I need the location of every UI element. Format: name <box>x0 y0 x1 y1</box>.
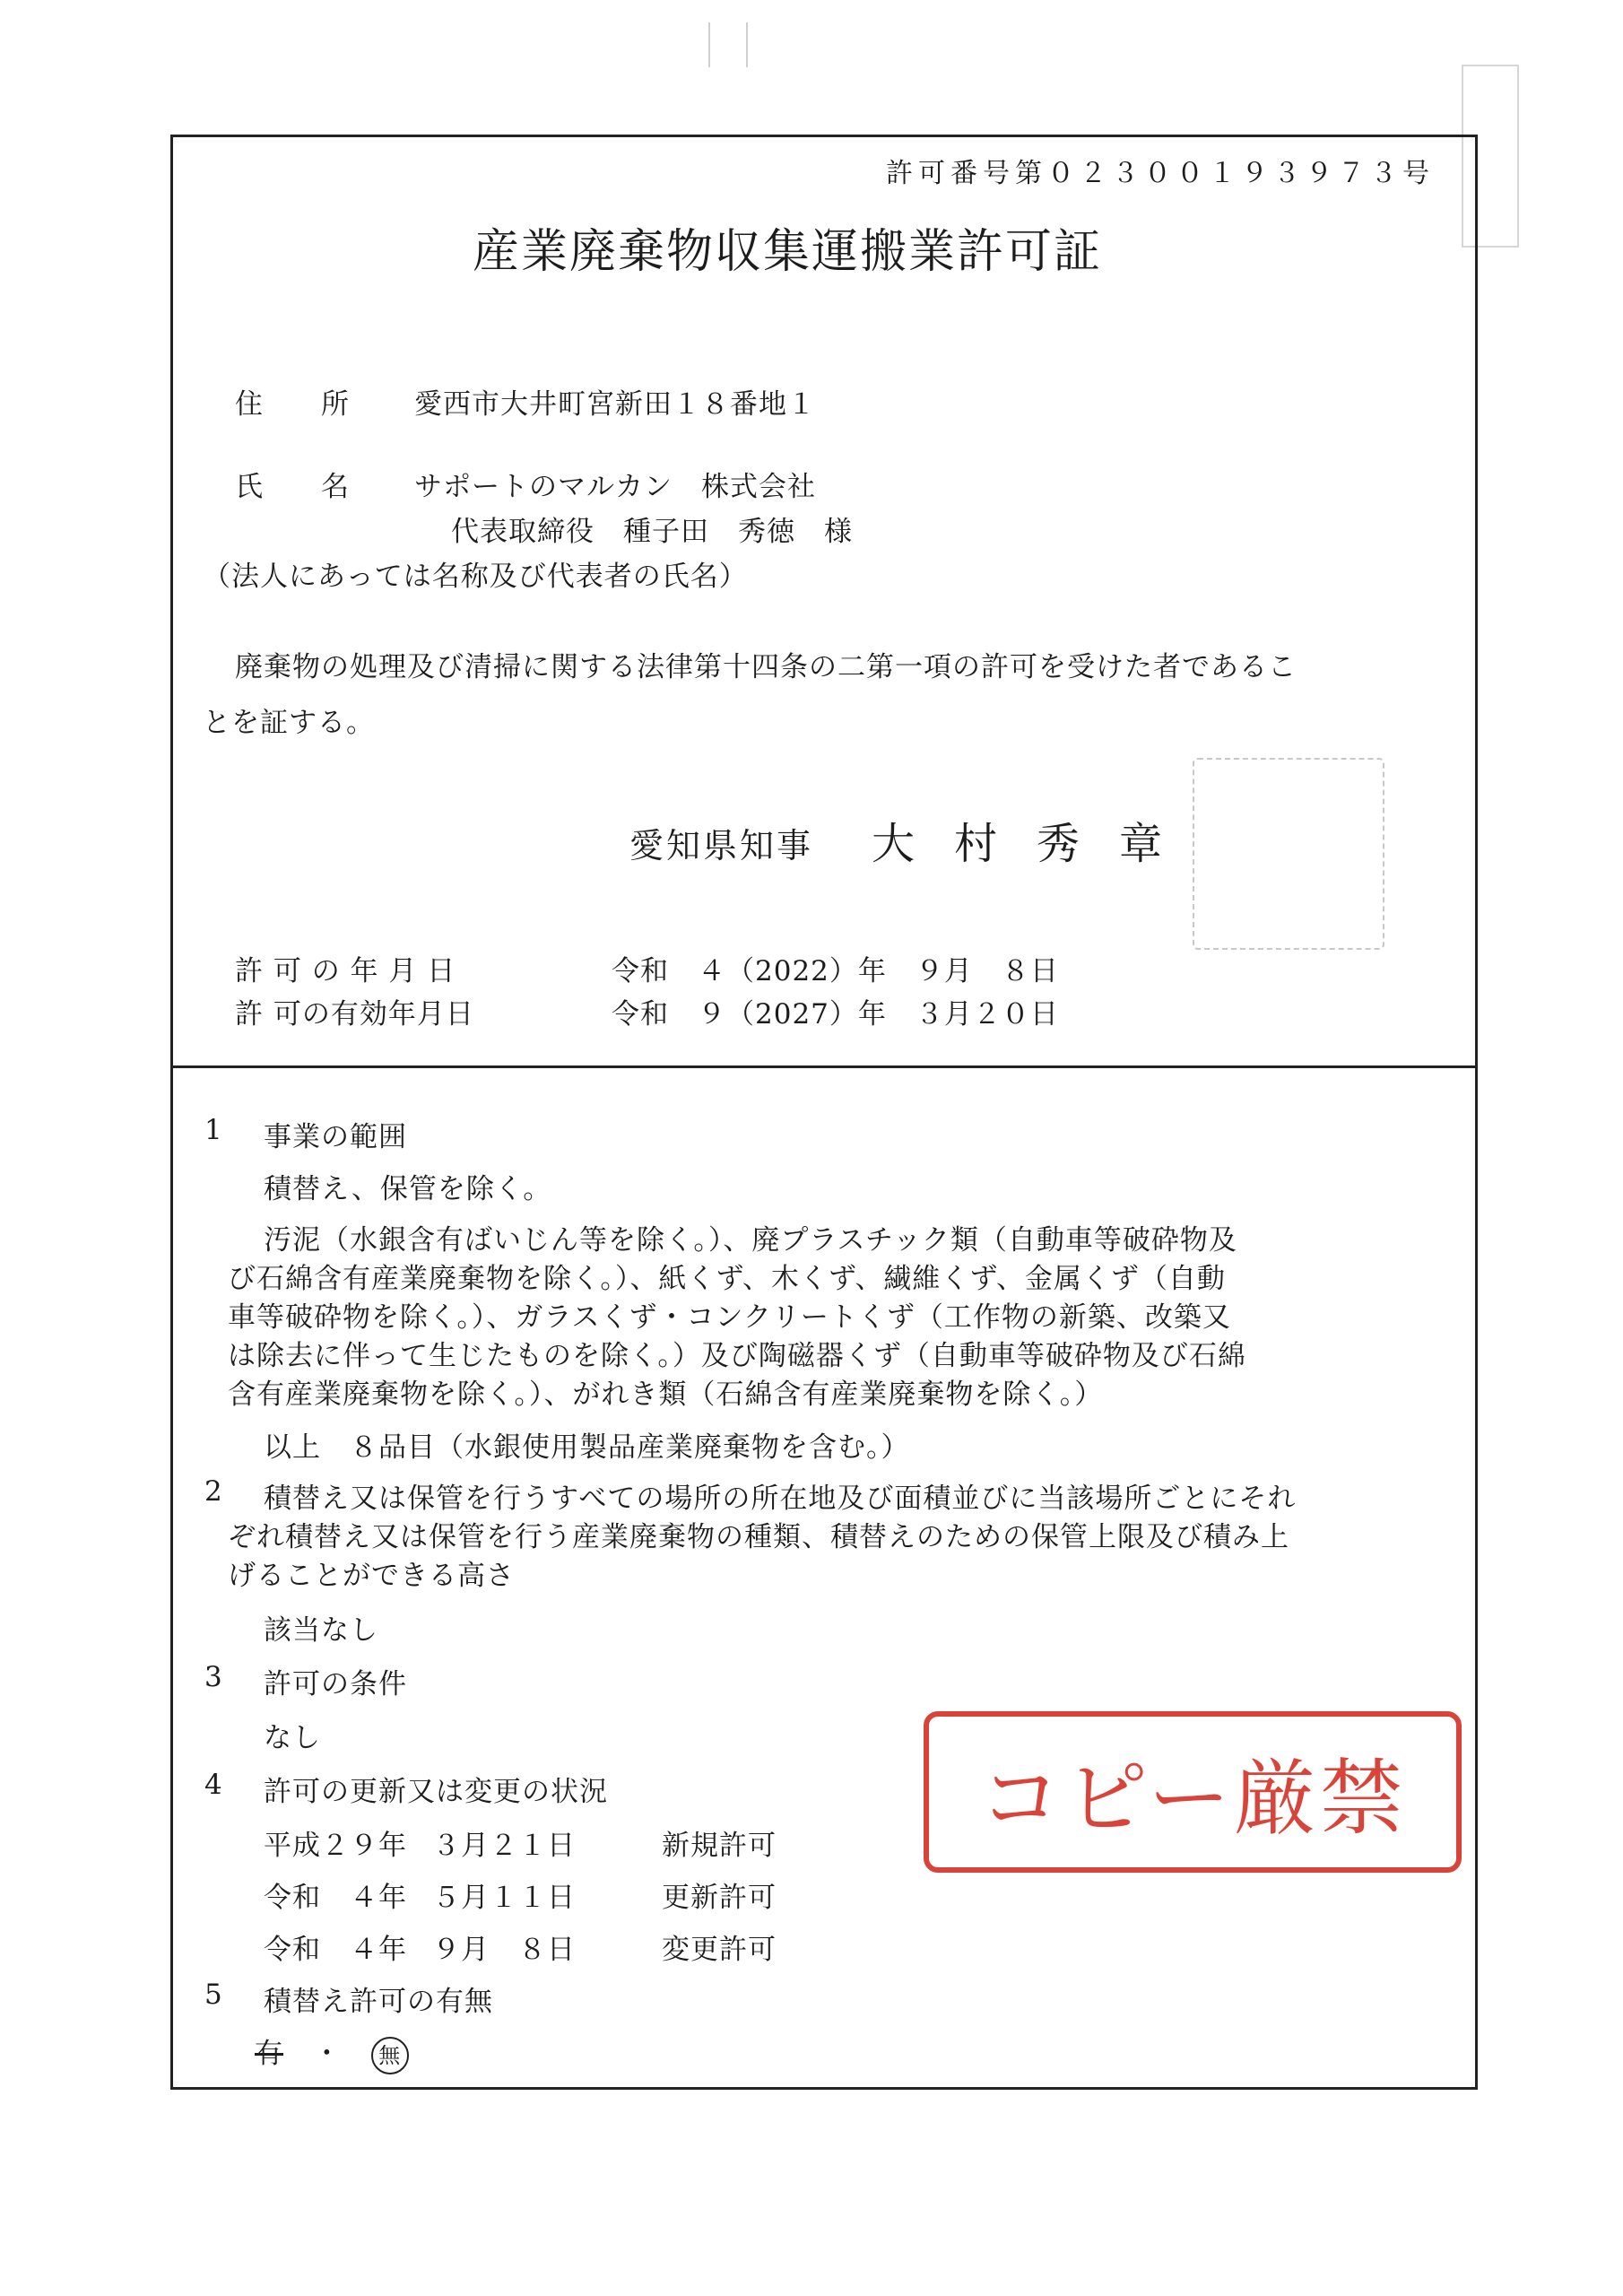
copy-prohibited-text: コピー厳禁 <box>979 1733 1406 1851</box>
scan-artifact-top <box>708 22 748 67</box>
document-title: 産業廃棄物収集運搬業許可証 <box>473 213 1102 281</box>
section-divider <box>170 1065 1478 1068</box>
address-label: 住 所 <box>235 381 350 422</box>
section-4-heading: 許可の更新又は変更の状況 <box>264 1769 608 1809</box>
section-1-note: 積替え、保管を除く。 <box>264 1166 551 1206</box>
option-no-circled: 無 <box>371 2037 409 2074</box>
section-4-number: 4 <box>204 1769 223 1801</box>
history-type-1: 新規許可 <box>662 1822 777 1863</box>
address-value: 愛西市大井町宮新田１８番地１ <box>414 381 816 422</box>
option-separator: ・ <box>313 2038 342 2070</box>
permit-date-label: 許 可 の 年 月 日 <box>235 948 456 988</box>
official-seal <box>1193 758 1384 950</box>
copy-prohibited-stamp: コピー厳禁 <box>924 1711 1462 1873</box>
certification-line-2: とを証する。 <box>203 700 375 740</box>
section-1-summary: 以上 ８品目（水銀使用製品産業廃棄物を含む。） <box>264 1424 910 1465</box>
section-1-line-5: 含有産業廃棄物を除く。）、がれき類（石綿含有産業廃棄物を除く。） <box>228 1371 1103 1412</box>
section-2-line-2: ぞれ積替え又は保管を行う産業廃棄物の種類、積替えのための保管上限及び積み上 <box>228 1514 1289 1554</box>
history-era-1: 平成２９年 <box>264 1822 407 1863</box>
history-type-2: 更新許可 <box>662 1874 777 1915</box>
certification-line-1: 廃棄物の処理及び清掃に関する法律第十四条の二第一項の許可を受けた者であるこ <box>235 644 1297 684</box>
history-date-2: ５月１１日 <box>432 1874 576 1915</box>
section-2-value: 該当なし <box>264 1607 378 1648</box>
section-1-line-3: 車等破砕物を除く。）、ガラスくず・コンクリートくず（工作物の新築、改築又 <box>228 1294 1231 1335</box>
section-1-line-2: び石綿含有産業廃棄物を除く。）、紙くず、木くず、繊維くず、金属くず（自動 <box>228 1256 1226 1296</box>
section-1-line-1: 汚泥（水銀含有ばいじん等を除く。）、廃プラスチック類（自動車等破砕物及 <box>264 1217 1237 1257</box>
history-type-3: 変更許可 <box>662 1926 777 1967</box>
section-3-value: なし <box>264 1715 321 1755</box>
representative-name: 代表取締役 種子田 秀徳 様 <box>451 509 853 549</box>
permit-number: 許可番号第０２３００１９３９７３号 <box>886 151 1435 190</box>
section-5-heading: 積替え許可の有無 <box>264 1979 493 2019</box>
section-2-line-3: げることができる高さ <box>228 1552 515 1593</box>
section-3-number: 3 <box>204 1661 223 1693</box>
history-date-1: ３月２１日 <box>432 1822 576 1863</box>
section-5-number: 5 <box>204 1979 223 2011</box>
name-label: 氏 名 <box>235 464 350 504</box>
permit-date-value: 令和 ４（2022）年 ９月 ８日 <box>612 948 1059 988</box>
transfer-options: 有 ・ 無 <box>255 2031 409 2074</box>
expiry-date-value: 令和 ９（2027）年 ３月２０日 <box>612 991 1059 1031</box>
name-note: （法人にあっては名称及び代表者の氏名） <box>203 553 748 594</box>
section-1-heading: 事業の範囲 <box>264 1114 407 1154</box>
section-2-number: 2 <box>204 1475 223 1508</box>
company-name: サポートのマルカン 株式会社 <box>414 464 816 504</box>
expiry-date-label: 許 可の有効年月日 <box>235 991 474 1031</box>
history-era-3: 令和 ４年 <box>264 1926 407 1967</box>
option-yes: 有 <box>255 2038 283 2070</box>
history-date-3: ９月 ８日 <box>432 1926 576 1967</box>
section-2-line-1: 積替え又は保管を行うすべての場所の所在地及び面積並びに当該場所ごとにそれ <box>264 1475 1296 1516</box>
section-1-number: 1 <box>204 1114 223 1146</box>
history-era-2: 令和 ４年 <box>264 1874 407 1915</box>
section-1-line-4: は除去に伴って生じたものを除く。）及び陶磁器くず（自動車等破砕物及び石綿 <box>228 1333 1246 1373</box>
section-3-heading: 許可の条件 <box>264 1661 407 1701</box>
issuer-name: 大村秀章 <box>872 809 1202 871</box>
issuer-title: 愛知県知事 <box>629 818 813 867</box>
